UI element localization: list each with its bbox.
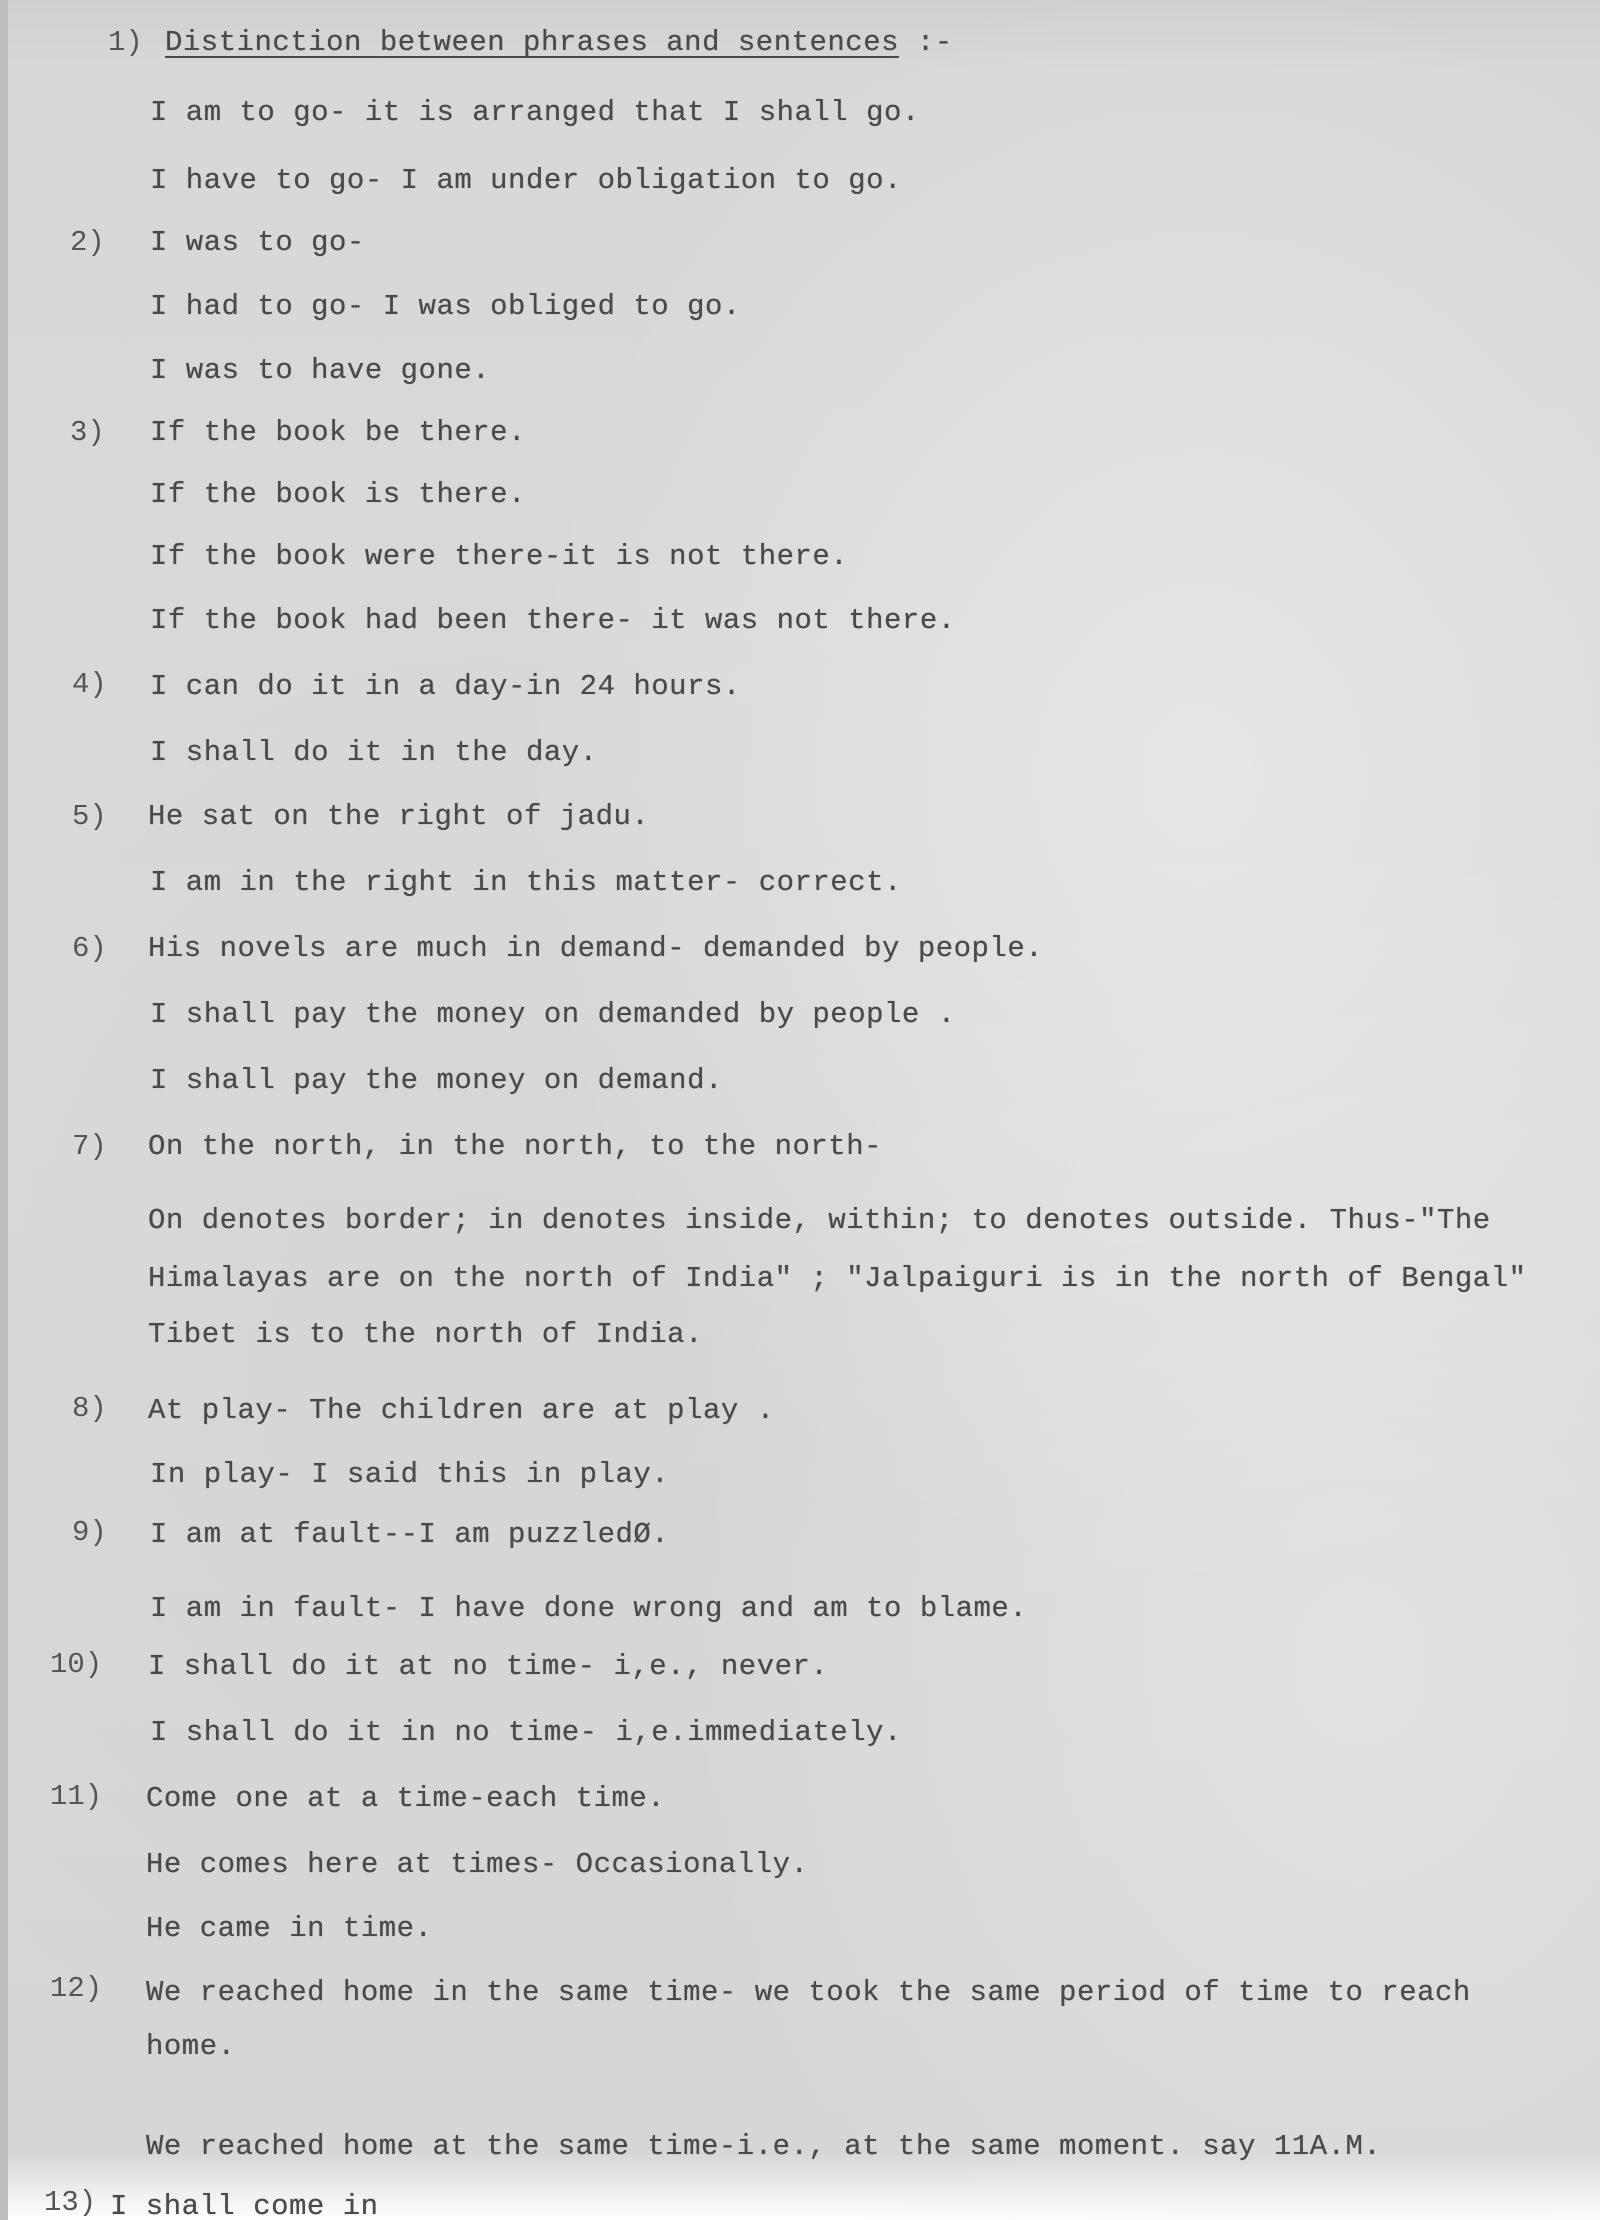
text-line: In play- I said this in play. [150,1458,669,1491]
item-number: 8) [72,1392,107,1425]
item-number: 5) [72,800,107,833]
heading-text: Distinction between phrases and sentence… [165,26,899,59]
text-line: I shall pay the money on demand. [150,1064,723,1097]
heading-number: 1) [108,26,143,59]
scanned-page: 1) Distinction between phrases and sente… [0,0,1600,2220]
item-number: 11) [50,1780,102,1813]
text-line: Come one at a time-each time. [146,1782,665,1815]
text-line: If the book be there. [150,416,526,449]
text-line: We reached home at the same time-i.e., a… [146,2130,1381,2163]
text-line: We reached home in the same time- we too… [146,1976,1471,2009]
item-number: 10) [50,1648,102,1681]
text-line: I am in fault- I have done wrong and am … [150,1592,1027,1625]
item-number: 9) [72,1516,107,1549]
text-line: I shall do it at no time- i,e., never. [148,1650,828,1683]
text-line: His novels are much in demand- demanded … [148,932,1043,965]
text-line: I shall do it in no time- i,e.immediatel… [150,1716,902,1749]
text-line: If the book were there-it is not there. [150,540,848,573]
text-line: I shall do it in the day. [150,736,598,769]
item-number: 3) [70,416,105,449]
text-line: At play- The children are at play . [148,1394,775,1427]
text-line: I am in the right in this matter- correc… [150,866,902,899]
text-line: He sat on the right of jadu. [148,800,649,833]
text-line: I have to go- I am under obligation to g… [150,164,902,197]
item-number: 2) [70,226,105,259]
text-line: On the north, in the north, to the north… [148,1130,882,1163]
item-number: 13) [44,2186,96,2219]
item-number: 7) [72,1130,107,1163]
item-number: 6) [72,932,107,965]
text-line: I can do it in a day-in 24 hours. [150,670,741,703]
document-heading: Distinction between phrases and sentence… [165,26,953,59]
text-line: I am at fault--I am puzzledØ. [150,1518,669,1551]
text-line: If the book is there. [150,478,526,511]
item-number: 12) [50,1972,102,2005]
text-line: I shall come in [110,2190,379,2220]
text-line: I was to go- [150,226,365,259]
text-line: I shall pay the money on demanded by peo… [150,998,956,1031]
text-line: If the book had been there- it was not t… [150,604,956,637]
text-line: I had to go- I was obliged to go. [150,290,741,323]
text-line: home. [146,2030,236,2063]
text-line: Himalayas are on the north of India" ; "… [148,1262,1527,1295]
text-line: I am to go- it is arranged that I shall … [150,96,920,129]
text-line: Tibet is to the north of India. [148,1318,703,1351]
text-line: He comes here at times- Occasionally. [146,1848,808,1881]
page-edge [0,0,8,2220]
heading-suffix: :- [899,26,953,59]
item-number: 4) [72,668,107,701]
text-line: On denotes border; in denotes inside, wi… [148,1204,1491,1237]
text-line: He came in time. [146,1912,432,1945]
text-line: I was to have gone. [150,354,490,387]
